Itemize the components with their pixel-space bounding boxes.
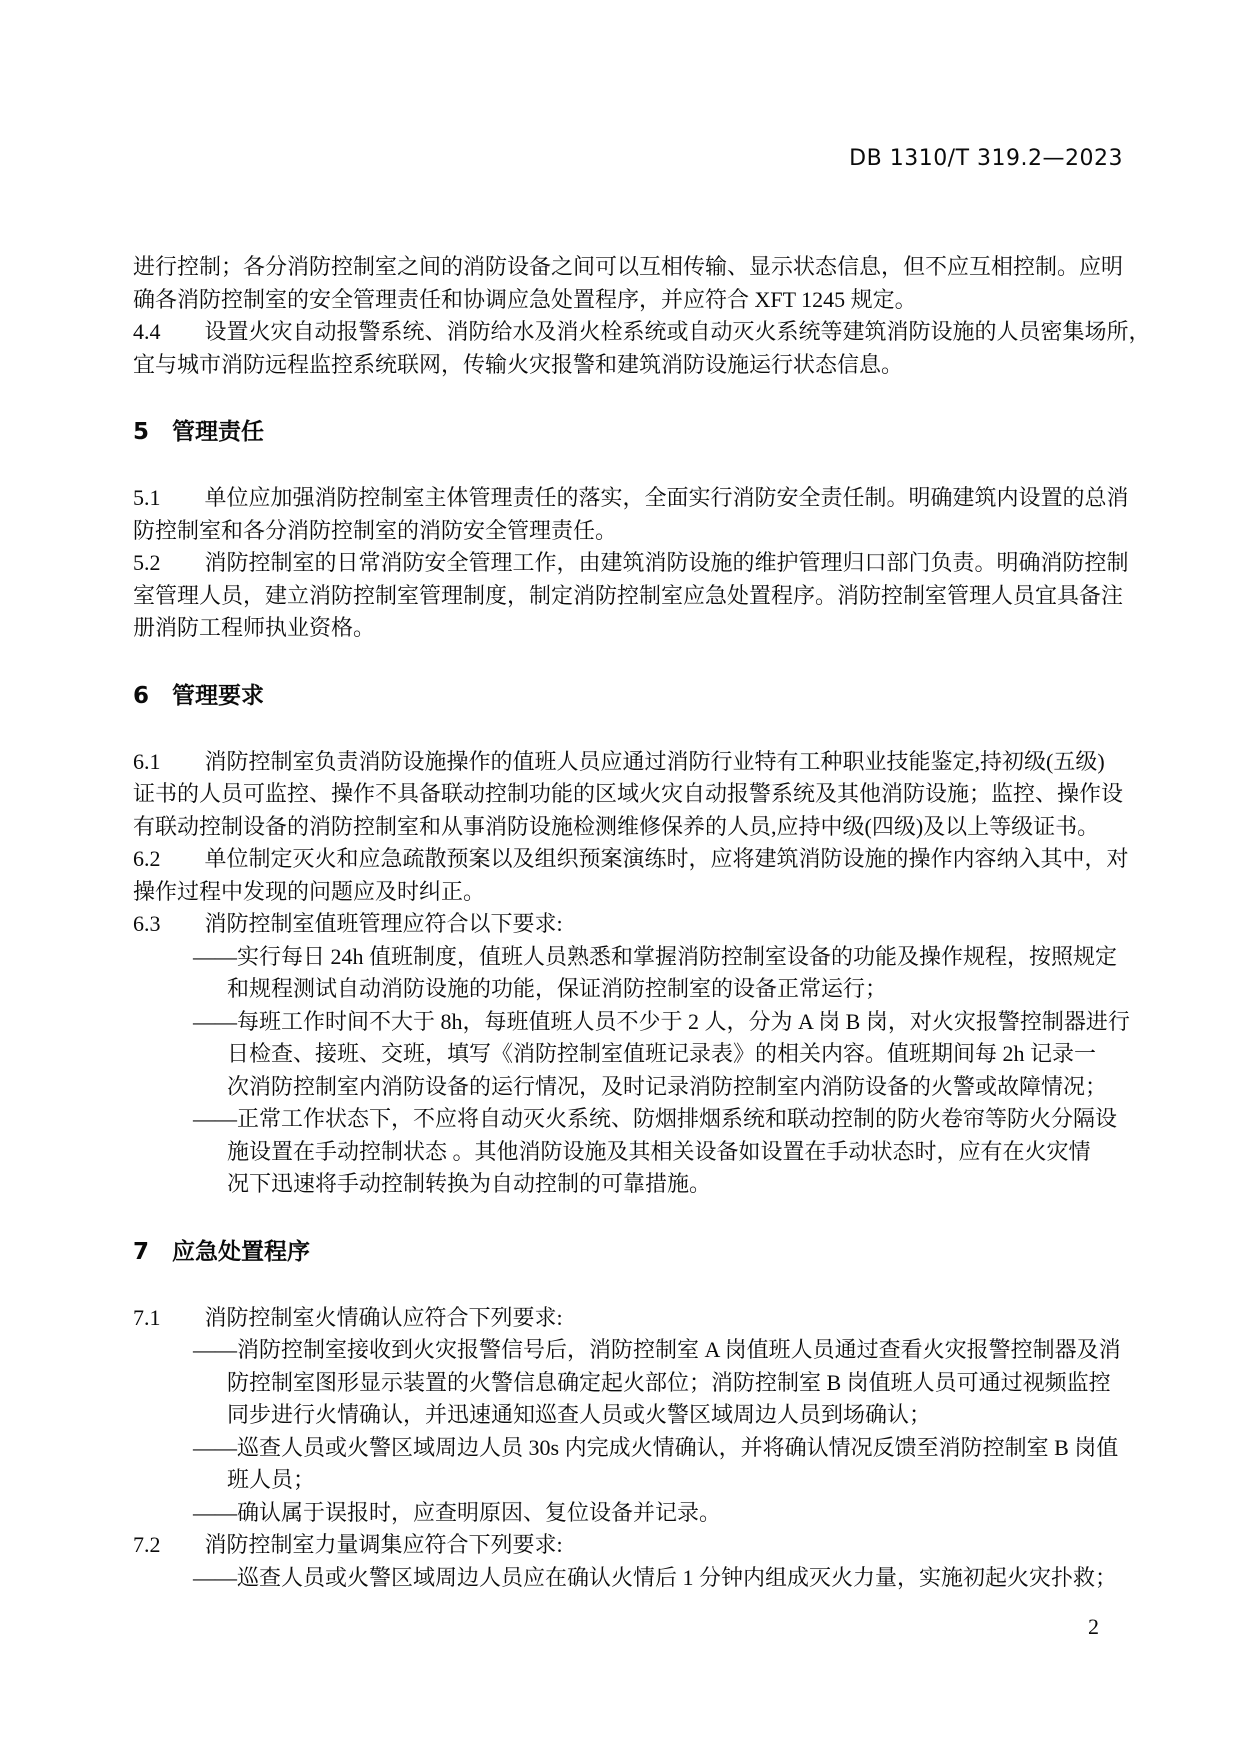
text-line: 班人员； [133,1464,1128,1497]
text-line: 册消防工程师执业资格。 [133,612,1128,645]
section-heading: 6 管理要求 [133,680,1128,713]
text-line: 6.2 单位制定灭火和应急疏散预案以及组织预案演练时，应将建筑消防设施的操作内容… [133,843,1128,876]
text-line: ——实行每日 24h 值班制度，值班人员熟悉和掌握消防控制室设备的功能及操作规程… [133,941,1128,974]
text-line: ——正常工作状态下，不应将自动灭火系统、防烟排烟系统和联动控制的防火卷帘等防火分… [133,1103,1128,1136]
text-line: 7.2 消防控制室力量调集应符合下列要求: [133,1529,1128,1562]
text-line: 确各消防控制室的安全管理责任和协调应急处置程序，并应符合 XFT 1245 规定… [133,284,1128,317]
document-number: DB 1310/T 319.2—2023 [849,144,1123,174]
text-line: 操作过程中发现的问题应及时纠正。 [133,876,1128,909]
text-line: ——每班工作时间不大于 8h，每班值班人员不少于 2 人，分为 A 岗 B 岗，… [133,1006,1128,1039]
text-line: 进行控制；各分消防控制室之间的消防设备之间可以互相传输、显示状态信息，但不应互相… [133,251,1128,284]
section-heading: 7 应急处置程序 [133,1236,1128,1269]
text-line: ——确认属于误报时，应查明原因、复位设备并记录。 [133,1497,1128,1530]
section-heading: 5 管理责任 [133,416,1128,449]
text-line: 同步进行火情确认，并迅速通知巡查人员或火警区域周边人员到场确认； [133,1399,1128,1432]
content-block: 进行控制；各分消防控制室之间的消防设备之间可以互相传输、显示状态信息，但不应互相… [133,251,1128,1594]
text-line: 日检查、接班、交班，填写《消防控制室值班记录表》的相关内容。值班期间每 2h 记… [133,1038,1128,1071]
text-line: 次消防控制室内消防设备的运行情况，及时记录消防控制室内消防设备的火警或故障情况； [133,1071,1128,1104]
text-line: 证书的人员可监控、操作不具备联动控制功能的区域火灾自动报警系统及其他消防设施；监… [133,778,1128,811]
text-line: 防控制室图形显示装置的火警信息确定起火部位；消防控制室 B 岗值班人员可通过视频… [133,1367,1128,1400]
text-line: 5.2 消防控制室的日常消防安全管理工作，由建筑消防设施的维护管理归口部门负责。… [133,547,1128,580]
text-line: 施设置在手动控制状态 。其他消防设施及其相关设备如设置在手动状态时，应有在火灾情 [133,1136,1128,1169]
text-line: 有联动控制设备的消防控制室和从事消防设施检测维修保养的人员,应持中级(四级)及以… [133,811,1128,844]
text-line: ——巡查人员或火警区域周边人员 30s 内完成火情确认，并将确认情况反馈至消防控… [133,1432,1128,1465]
text-line: 6.1 消防控制室负责消防设施操作的值班人员应通过消防行业特有工种职业技能鉴定,… [133,746,1128,779]
page-number: 2 [1088,1611,1099,1643]
text-line: 4.4 设置火灾自动报警系统、消防给水及消火栓系统或自动灭火系统等建筑消防设施的… [133,316,1128,349]
text-line: 防控制室和各分消防控制室的消防安全管理责任。 [133,515,1128,548]
text-line: 7.1 消防控制室火情确认应符合下列要求: [133,1302,1128,1335]
text-line: 况下迅速将手动控制转换为自动控制的可靠措施。 [133,1168,1128,1201]
text-line: ——巡查人员或火警区域周边人员应在确认火情后 1 分钟内组成灭火力量，实施初起火… [133,1562,1128,1595]
text-line: 和规程测试自动消防设施的功能，保证消防控制室的设备正常运行； [133,973,1128,1006]
text-line: 6.3 消防控制室值班管理应符合以下要求: [133,908,1128,941]
text-line: 5.1 单位应加强消防控制室主体管理责任的落实，全面实行消防安全责任制。明确建筑… [133,482,1128,515]
text-line: 宜与城市消防远程监控系统联网，传输火灾报警和建筑消防设施运行状态信息。 [133,349,1128,382]
document-page: DB 1310/T 319.2—2023 进行控制；各分消防控制室之间的消防设备… [0,0,1241,1755]
text-line: 室管理人员，建立消防控制室管理制度，制定消防控制室应急处置程序。消防控制室管理人… [133,580,1128,613]
text-line: ——消防控制室接收到火灾报警信号后，消防控制室 A 岗值班人员通过查看火灾报警控… [133,1334,1128,1367]
